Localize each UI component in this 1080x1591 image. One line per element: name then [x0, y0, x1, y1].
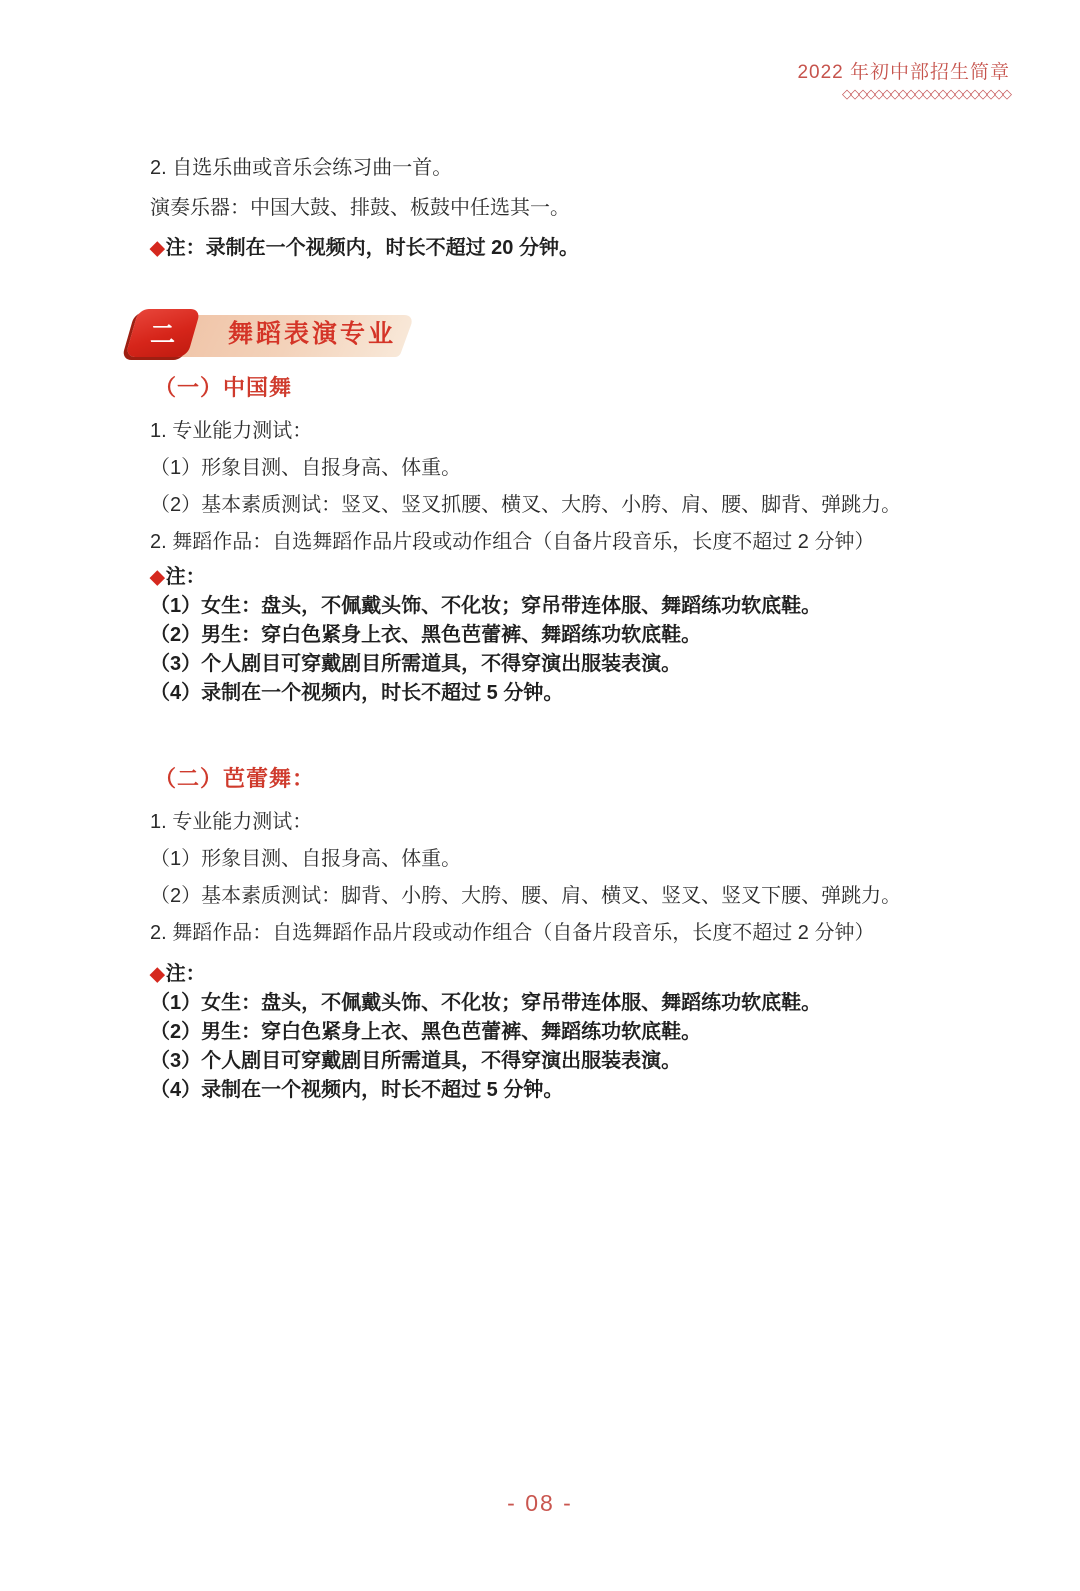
note-label-line: ◆注：: [150, 960, 950, 989]
note-label: 注：: [166, 963, 206, 985]
intro-note: ◆注：录制在一个视频内，时长不超过 20 分钟。: [150, 228, 950, 269]
note-line: （4）录制在一个视频内，时长不超过 5 分钟。: [150, 1076, 950, 1105]
section-banner: 二 舞蹈表演专业: [128, 307, 950, 359]
requirement-line: （2）基本素质测试：脚背、小胯、大胯、腰、肩、横叉、竖叉、竖叉下腰、弹跳力。: [150, 878, 950, 915]
note-line: （2）男生：穿白色紧身上衣、黑色芭蕾裤、舞蹈练功软底鞋。: [150, 621, 950, 650]
ballet-requirements: 1. 专业能力测试： （1）形象目测、自报身高、体重。 （2）基本素质测试：脚背…: [150, 804, 950, 952]
intro-note-text: 注：录制在一个视频内，时长不超过 20 分钟。: [166, 237, 579, 259]
note-line: （3）个人剧目可穿戴剧目所需道具，不得穿演出服装表演。: [150, 1047, 950, 1076]
note-line: （3）个人剧目可穿戴剧目所需道具，不得穿演出服装表演。: [150, 650, 950, 679]
section-number: 二: [150, 315, 175, 351]
page-header: 2022 年初中部招生简章 ◇◇◇◇◇◇◇◇◇◇◇◇◇◇◇◇◇◇◇◇◇: [797, 57, 1010, 101]
requirement-line: （1）形象目测、自报身高、体重。: [150, 450, 950, 487]
note-line: （1）女生：盘头，不佩戴头饰、不化妆；穿吊带连体服、舞蹈练功软底鞋。: [150, 592, 950, 621]
note-diamond-icon: ◆: [150, 964, 165, 985]
requirement-line: 1. 专业能力测试：: [150, 413, 950, 450]
requirement-line: （2）基本素质测试：竖叉、竖叉抓腰、横叉、大胯、小胯、肩、腰、脚背、弹跳力。: [150, 487, 950, 524]
brochure-title: 2022 年初中部招生简章: [797, 57, 1010, 84]
content-column: 2. 自选乐曲或音乐会练习曲一首。 演奏乐器：中国大鼓、排鼓、板鼓中任选其一。 …: [150, 148, 950, 1105]
section-title: 舞蹈表演专业: [228, 307, 396, 361]
subsection-heading-ballet: （二）芭蕾舞：: [154, 764, 950, 794]
requirement-line: 2. 舞蹈作品：自选舞蹈作品片段或动作组合（自备片段音乐，长度不超过 2 分钟）: [150, 524, 950, 561]
note-label: 注：: [166, 566, 206, 588]
requirement-line: （1）形象目测、自报身高、体重。: [150, 841, 950, 878]
requirement-line: 1. 专业能力测试：: [150, 804, 950, 841]
note-diamond-icon: ◆: [150, 567, 165, 588]
note-line: （1）女生：盘头，不佩戴头饰、不化妆；穿吊带连体服、舞蹈练功软底鞋。: [150, 989, 950, 1018]
intro-line: 演奏乐器：中国大鼓、排鼓、板鼓中任选其一。: [150, 188, 950, 228]
subsection-heading-chinese-dance: （一）中国舞: [154, 373, 950, 403]
note-label-line: ◆注：: [150, 563, 950, 592]
requirement-line: 2. 舞蹈作品：自选舞蹈作品片段或动作组合（自备片段音乐，长度不超过 2 分钟）: [150, 915, 950, 952]
page-footer: - 08 -: [0, 1490, 1080, 1517]
chinese-dance-requirements: 1. 专业能力测试： （1）形象目测、自报身高、体重。 （2）基本素质测试：竖叉…: [150, 413, 950, 561]
note-line: （2）男生：穿白色紧身上衣、黑色芭蕾裤、舞蹈练功软底鞋。: [150, 1018, 950, 1047]
note-line: （4）录制在一个视频内，时长不超过 5 分钟。: [150, 679, 950, 708]
ballet-notes: ◆注： （1）女生：盘头，不佩戴头饰、不化妆；穿吊带连体服、舞蹈练功软底鞋。 （…: [150, 960, 950, 1105]
note-diamond-icon: ◆: [150, 238, 165, 259]
intro-line: 2. 自选乐曲或音乐会练习曲一首。: [150, 148, 950, 188]
diamond-divider: ◇◇◇◇◇◇◇◇◇◇◇◇◇◇◇◇◇◇◇◇◇: [797, 87, 1010, 101]
chinese-dance-notes: ◆注： （1）女生：盘头，不佩戴头饰、不化妆；穿吊带连体服、舞蹈练功软底鞋。 （…: [150, 563, 950, 708]
page-number: - 08 -: [507, 1490, 573, 1516]
